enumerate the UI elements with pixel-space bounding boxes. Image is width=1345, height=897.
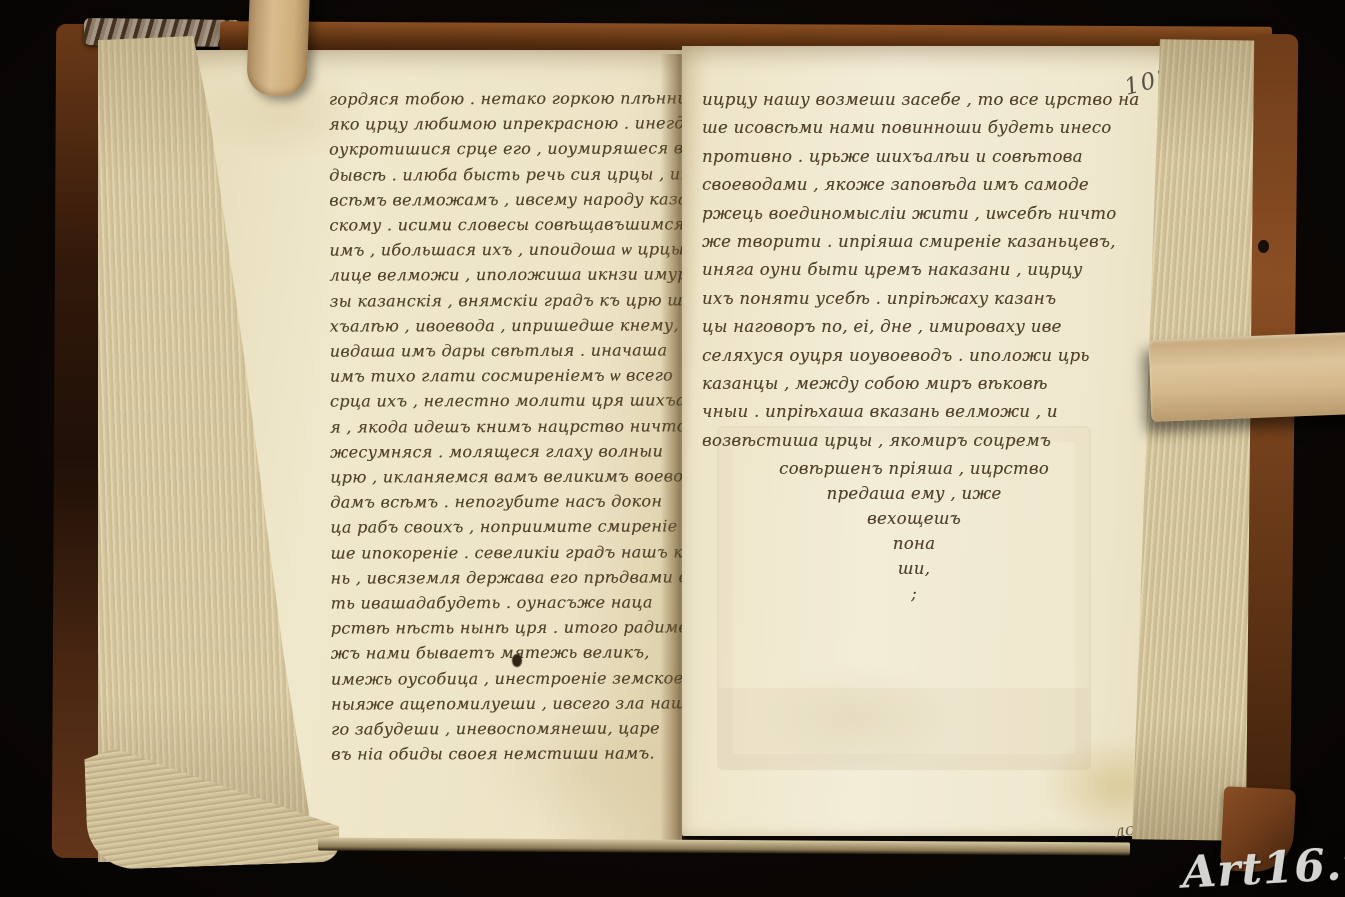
manuscript-line: имъ тихо глати сосмиреніемъ ѡ всего — [330, 363, 682, 389]
manuscript-line: имежь оусобица , инестроеніе земское. — [331, 665, 683, 691]
manuscript-line: жесумняся . молящеся глаху волныи — [330, 438, 682, 464]
manuscript-line: ивдаша имъ дары свѣтлыя . иначаша — [330, 337, 682, 363]
right-page-text: ицрцу нашу возмеши засебе , то все црств… — [702, 86, 1126, 455]
manuscript-line: го забудеши , иневоспомянеши, царе — [331, 715, 683, 741]
manuscript-line: ше ипокореніе . севеликіи градъ нашъ каз… — [330, 539, 682, 565]
manuscript-line: ныяже ащепомилуеши , ивсего зла наше — [331, 690, 683, 716]
manuscript-line: чныи . ипріѣхаша вказань велможи , и — [702, 398, 1126, 426]
manuscript-line: ицрцу нашу возмеши засебе , то все црств… — [702, 86, 1126, 114]
manuscript-line: ржець воединомысліи жити , иѡсебѣ ничто — [702, 200, 1126, 228]
ink-blot — [512, 654, 522, 667]
manuscript-line: ихъ поняти усебѣ . ипріѣжаху казанъ — [702, 285, 1126, 313]
manuscript-line: ; — [702, 581, 1126, 606]
manuscript-line: иняга оуни быти цремъ наказани , ицрцу — [702, 256, 1126, 284]
manuscript-line: дывсѣ . илюба бысть речь сия црцы , ипо — [329, 161, 681, 187]
manuscript-line: ца рабъ своихъ , ноприимите смиреніе на — [330, 514, 682, 540]
manuscript-line: противно . црьже шихъалѣи и совѣтова — [702, 143, 1126, 171]
bottom-edge-strip — [318, 838, 1130, 856]
manuscript-line: зы казанскія , внямскіи градъ къ црю ши — [330, 287, 682, 313]
wooden-stick-right — [1149, 332, 1345, 422]
manuscript-line: црю , икланяемся вамъ великимъ воево — [330, 463, 682, 489]
manuscript-line: ше исовсѣми нами повинноши будеть инесо — [702, 114, 1126, 142]
manuscript-line: нь , ивсяземля держава его прѣдвами есть — [330, 564, 682, 590]
manuscript-line: оукротишися срце его , иоумиряшеся воево — [329, 136, 681, 162]
manuscript-line: дамъ всѣмъ . непогубите насъ докон — [330, 489, 682, 515]
manuscript-line: своеводами , якоже заповѣда имъ самоде — [702, 171, 1126, 199]
manuscript-line: имъ , ибольшася ихъ , ипоидоша ѡ црцы ю — [329, 237, 681, 263]
right-page-taper-text: совѣршенъ пріяша , ицрствопредаша ему , … — [702, 456, 1126, 606]
watermark: Art16.ru — [1181, 836, 1345, 897]
manuscript-line: ши, — [702, 556, 1126, 581]
manuscript-line: яко црцу любимою ипрекрасною . инегда — [329, 111, 681, 137]
manuscript-line: ть ивашадабудеть . оунасъже наца — [331, 589, 683, 615]
manuscript-line: всѣмъ велможамъ , ивсему народу казан — [329, 186, 681, 212]
manuscript-line: цы наговоръ по, еі, дне , имироваху иве — [702, 313, 1126, 341]
manuscript-line: хъалѣю , ивоевода , ипришедше кнему, — [330, 312, 682, 338]
manuscript-line: лице велможи , иположиша икнзи имур — [329, 262, 681, 288]
manuscript-line: срца ихъ , нелестно молити цря шихъалѣ — [330, 388, 682, 414]
manuscript-line: селяхуся оуцря иоувоеводъ . иположи црь — [702, 342, 1126, 370]
manuscript-line: казанцы , между собою миръ вѣковѣ — [702, 370, 1126, 398]
manuscript-line: совѣршенъ пріяша , ицрство — [702, 456, 1126, 481]
manuscript-line: въ ніа обиды своея немстиши намъ. — [331, 741, 683, 767]
wooden-stick-top — [246, 0, 310, 97]
manuscript-line: вехощешъ — [702, 506, 1126, 531]
manuscript-line: рствѣ нѣсть нынѣ цря . итого радиме — [331, 615, 683, 641]
manuscript-line: скому . исими словесы совѣщавъшимся — [329, 211, 681, 237]
manuscript-line: я , якода идешъ книмъ нацрство ничто — [330, 413, 682, 439]
manuscript-line: пона — [702, 531, 1126, 556]
manuscript-line: жъ нами бываетъ мятежь великъ, — [331, 640, 683, 666]
manuscript-line: гордяся тобою . нетако горкою плѣнницу, — [329, 85, 681, 111]
manuscript-line: же творити . ипріяша смиреніе казаньцевъ… — [702, 228, 1126, 256]
photo-scene: гордяся тобою . нетако горкою плѣнницу,я… — [0, 0, 1345, 897]
book-right-cover-edge — [1246, 34, 1299, 850]
manuscript-line: предаша ему , иже — [702, 481, 1126, 506]
manuscript-line: возвѣстиша црцы , якомиръ соцремъ — [702, 427, 1126, 455]
left-page-text: гордяся тобою . нетако горкою плѣнницу,я… — [329, 85, 683, 767]
leather-hole — [1258, 240, 1269, 253]
